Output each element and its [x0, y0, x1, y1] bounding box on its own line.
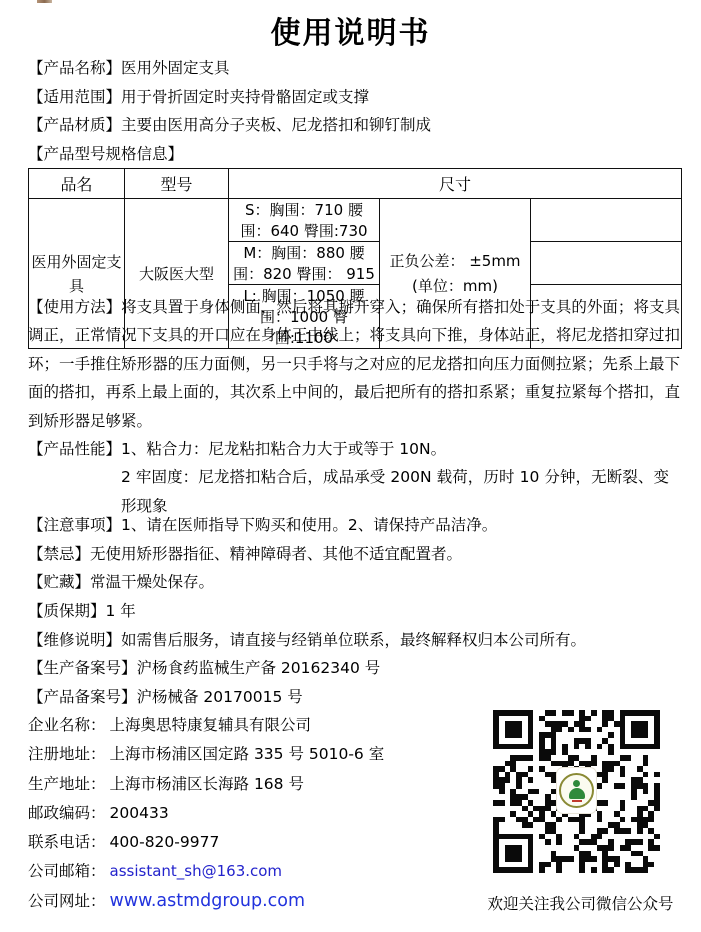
- usage-section: 【使用方法】将支具置于身体侧面，然后将其掰开穿入；确保所有搭扣处于支具的外面；将…: [28, 293, 680, 435]
- company-name-line: 企业名称：上海奥思特康复辅具有限公司: [28, 711, 488, 740]
- spec-size-s: S：胸围：710 腰围：640 臀围:730: [229, 199, 380, 242]
- registered-address-value: 上海市杨浦区国定路 335 号 5010-6 室: [110, 745, 385, 763]
- company-info: 企业名称：上海奥思特康复辅具有限公司 注册地址：上海市杨浦区国定路 335 号 …: [28, 711, 488, 916]
- qr-caption: 欢迎关注我公司微信公众号: [478, 892, 683, 914]
- email-line: 公司邮箱：assistant_sh@163.com: [28, 857, 488, 886]
- spec-empty-cell: [531, 199, 682, 242]
- product-name-line: 【产品名称】医用外固定支具: [28, 54, 683, 83]
- company-name-value: 上海奥思特康复辅具有限公司: [110, 716, 312, 734]
- page-edge-artifact: [37, 0, 52, 3]
- usage-label: 【使用方法】: [28, 298, 121, 316]
- spec-header-name: 品名: [29, 169, 125, 199]
- logo-person-body: [569, 788, 585, 799]
- company-name-label: 企业名称：: [28, 716, 106, 734]
- postal-code-line: 邮政编码：200433: [28, 799, 488, 828]
- page-title: 使用说明书: [0, 8, 701, 52]
- document-page: 使用说明书 【产品名称】医用外固定支具 【适用范围】用于骨折固定时夹持骨骼固定或…: [0, 0, 701, 932]
- performance-text: 1、粘合力：尼龙粘扣粘合力大于或等于 10N。 2 牢固度：尼龙搭扣粘合后，成品…: [121, 435, 669, 520]
- performance-label: 【产品性能】: [28, 435, 121, 520]
- top-sections: 【产品名称】医用外固定支具 【适用范围】用于骨折固定时夹持骨骼固定或支撑 【产品…: [28, 54, 683, 168]
- performance-section: 【产品性能】 1、粘合力：尼龙粘扣粘合力大于或等于 10N。 2 牢固度：尼龙搭…: [28, 435, 683, 520]
- scope-line: 【适用范围】用于骨折固定时夹持骨骼固定或支撑: [28, 83, 683, 112]
- usage-text: 将支具置于身体侧面，然后将其掰开穿入；确保所有搭扣处于支具的外面；将支具调正，正…: [28, 298, 680, 430]
- spec-size-m: M：胸围：880 腰围：820 臀围： 915: [229, 242, 380, 285]
- logo-ring: [559, 773, 594, 808]
- tolerance-line1: 正负公差： ±5mm: [382, 249, 528, 274]
- email-label: 公司邮箱：: [28, 862, 106, 880]
- contraindication-line: 【禁忌】无使用矫形器指征、精神障碍者、其他不适宜配置者。: [28, 540, 683, 569]
- website-line: 公司网址：www.astmdgroup.com: [28, 887, 488, 916]
- wechat-qr-code: [493, 710, 660, 873]
- website-label: 公司网址：: [28, 892, 106, 910]
- phone-label: 联系电话：: [28, 833, 106, 851]
- production-address-line: 生产地址：上海市杨浦区长海路 168 号: [28, 770, 488, 799]
- production-address-label: 生产地址：: [28, 775, 106, 793]
- spec-info-line: 【产品型号规格信息】: [28, 140, 683, 169]
- registered-address-line: 注册地址：上海市杨浦区国定路 335 号 5010-6 室: [28, 740, 488, 769]
- warranty-line: 【质保期】1 年: [28, 597, 683, 626]
- production-record-line: 【生产备案号】沪杨食药监械生产备 20162340 号: [28, 654, 683, 683]
- product-record-line: 【产品备案号】沪杨械备 20170015 号: [28, 683, 683, 712]
- service-line: 【维修说明】如需售后服务，请直接与经销单位联系，最终解释权归本公司所有。: [28, 626, 683, 655]
- phone-line: 联系电话：400-820-9977: [28, 828, 488, 857]
- misc-sections: 【注意事项】1、请在医师指导下购买和使用。2、请保持产品洁净。 【禁忌】无使用矫…: [28, 511, 683, 712]
- material-line: 【产品材质】主要由医用高分子夹板、尼龙搭扣和铆钉制成: [28, 111, 683, 140]
- phone-value: 400-820-9977: [110, 833, 220, 851]
- production-address-value: 上海市杨浦区长海路 168 号: [110, 775, 304, 793]
- logo-red-text: [572, 800, 582, 802]
- spec-header-model: 型号: [125, 169, 229, 199]
- storage-line: 【贮藏】常温干燥处保存。: [28, 568, 683, 597]
- postal-code-value: 200433: [110, 804, 169, 822]
- precautions-line: 【注意事项】1、请在医师指导下购买和使用。2、请保持产品洁净。: [28, 511, 683, 540]
- logo-person-head: [573, 780, 580, 787]
- postal-code-label: 邮政编码：: [28, 804, 106, 822]
- company-logo-icon: [556, 767, 597, 814]
- website-link[interactable]: www.astmdgroup.com: [110, 891, 306, 911]
- spec-header-size: 尺寸: [229, 169, 682, 199]
- spec-empty-cell: [531, 242, 682, 285]
- email-link[interactable]: assistant_sh@163.com: [110, 862, 283, 880]
- registered-address-label: 注册地址：: [28, 745, 106, 763]
